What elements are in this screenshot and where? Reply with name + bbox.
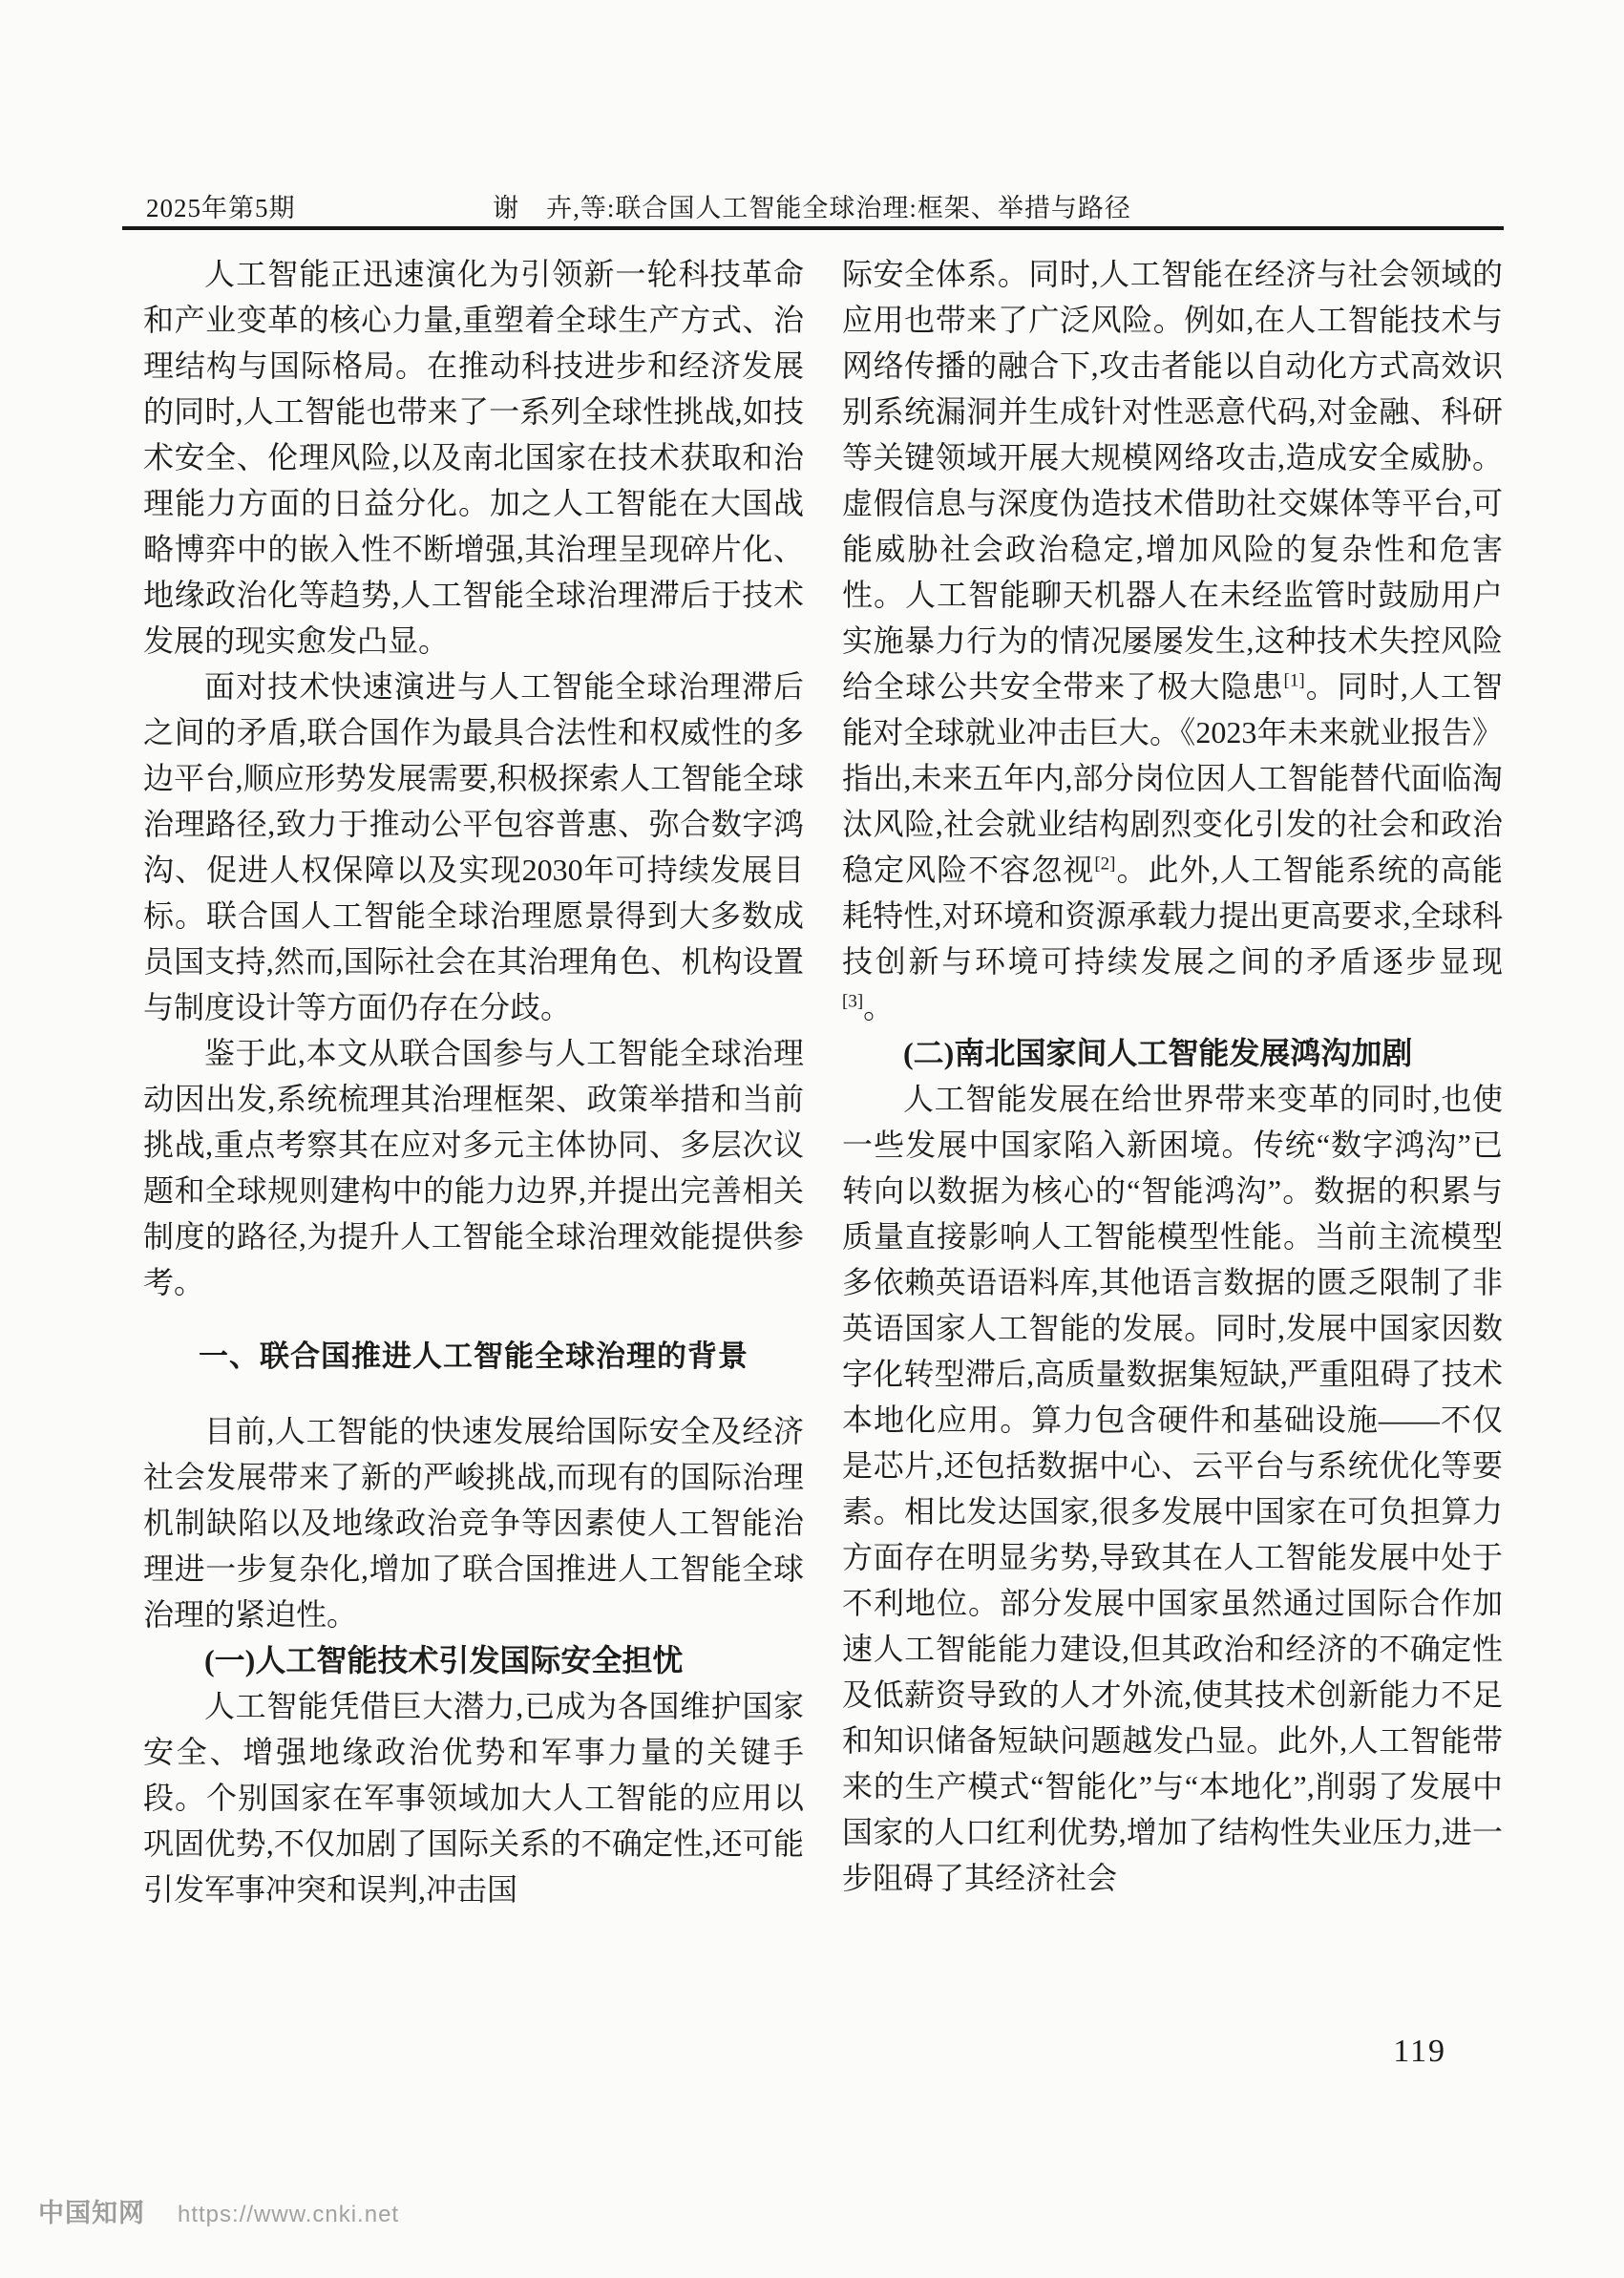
footnote-ref-2: [2] (1094, 854, 1115, 874)
cnki-watermark: 中国知网 https://www.cnki.net (38, 2192, 399, 2229)
section-heading-1: 一、联合国推进人工智能全球治理的背景 (143, 1334, 804, 1380)
subsection-heading-1-2: (二)南北国家间人工智能发展鸿沟加剧 (842, 1030, 1503, 1076)
cnki-logo: 中国知网 (38, 2192, 145, 2229)
left-column: 人工智能正迅速演化为引领新一轮科技革命和产业变革的核心力量,重塑着全球生产方式、… (143, 251, 804, 1912)
paragraph-security-concerns: 人工智能凭借巨大潜力,已成为各国维护国家安全、增强地缘政治优势和军事力量的关键手… (143, 1683, 804, 1912)
page-number: 119 (1393, 2034, 1446, 2070)
running-title: 谢 卉,等:联合国人工智能全球治理:框架、举措与路径 (0, 187, 1624, 224)
paragraph-intro: 人工智能正迅速演化为引领新一轮科技革命和产业变革的核心力量,重塑着全球生产方式、… (143, 251, 804, 664)
footnote-ref-3: [3] (842, 991, 863, 1011)
paragraph-ai-divide: 人工智能发展在给世界带来变革的同时,也使一些发展中国家陷入新困境。传统“数字鸿沟… (842, 1076, 1503, 1901)
header-rule (122, 226, 1504, 230)
paragraph-article-scope: 鉴于此,本文从联合国参与人工智能全球治理动因出发,系统梳理其治理框架、政策举措和… (143, 1030, 804, 1305)
subsection-heading-1-1: (一)人工智能技术引发国际安全担忧 (143, 1637, 804, 1683)
paragraph-text-segment: 际安全体系。同时,人工智能在经济与社会领域的应用也带来了广泛风险。例如,在人工智… (842, 257, 1503, 704)
paragraph-background: 目前,人工智能的快速发展给国际安全及经济社会发展带来了新的严峻挑战,而现有的国际… (143, 1408, 804, 1637)
cnki-url: https://www.cnki.net (178, 2202, 399, 2228)
right-column: 际安全体系。同时,人工智能在经济与社会领域的应用也带来了广泛风险。例如,在人工智… (842, 251, 1503, 1901)
paragraph-un-platform: 面对技术快速演进与人工智能全球治理滞后之间的矛盾,联合国作为最具合法性和权威性的… (143, 664, 804, 1030)
paragraph-text-segment: 。 (863, 990, 894, 1024)
footnote-ref-1: [1] (1284, 670, 1305, 690)
journal-page: 2025年第5期 谢 卉,等:联合国人工智能全球治理:框架、举措与路径 人工智能… (0, 0, 1624, 2278)
paragraph-security-continued: 际安全体系。同时,人工智能在经济与社会领域的应用也带来了广泛风险。例如,在人工智… (842, 251, 1503, 1030)
